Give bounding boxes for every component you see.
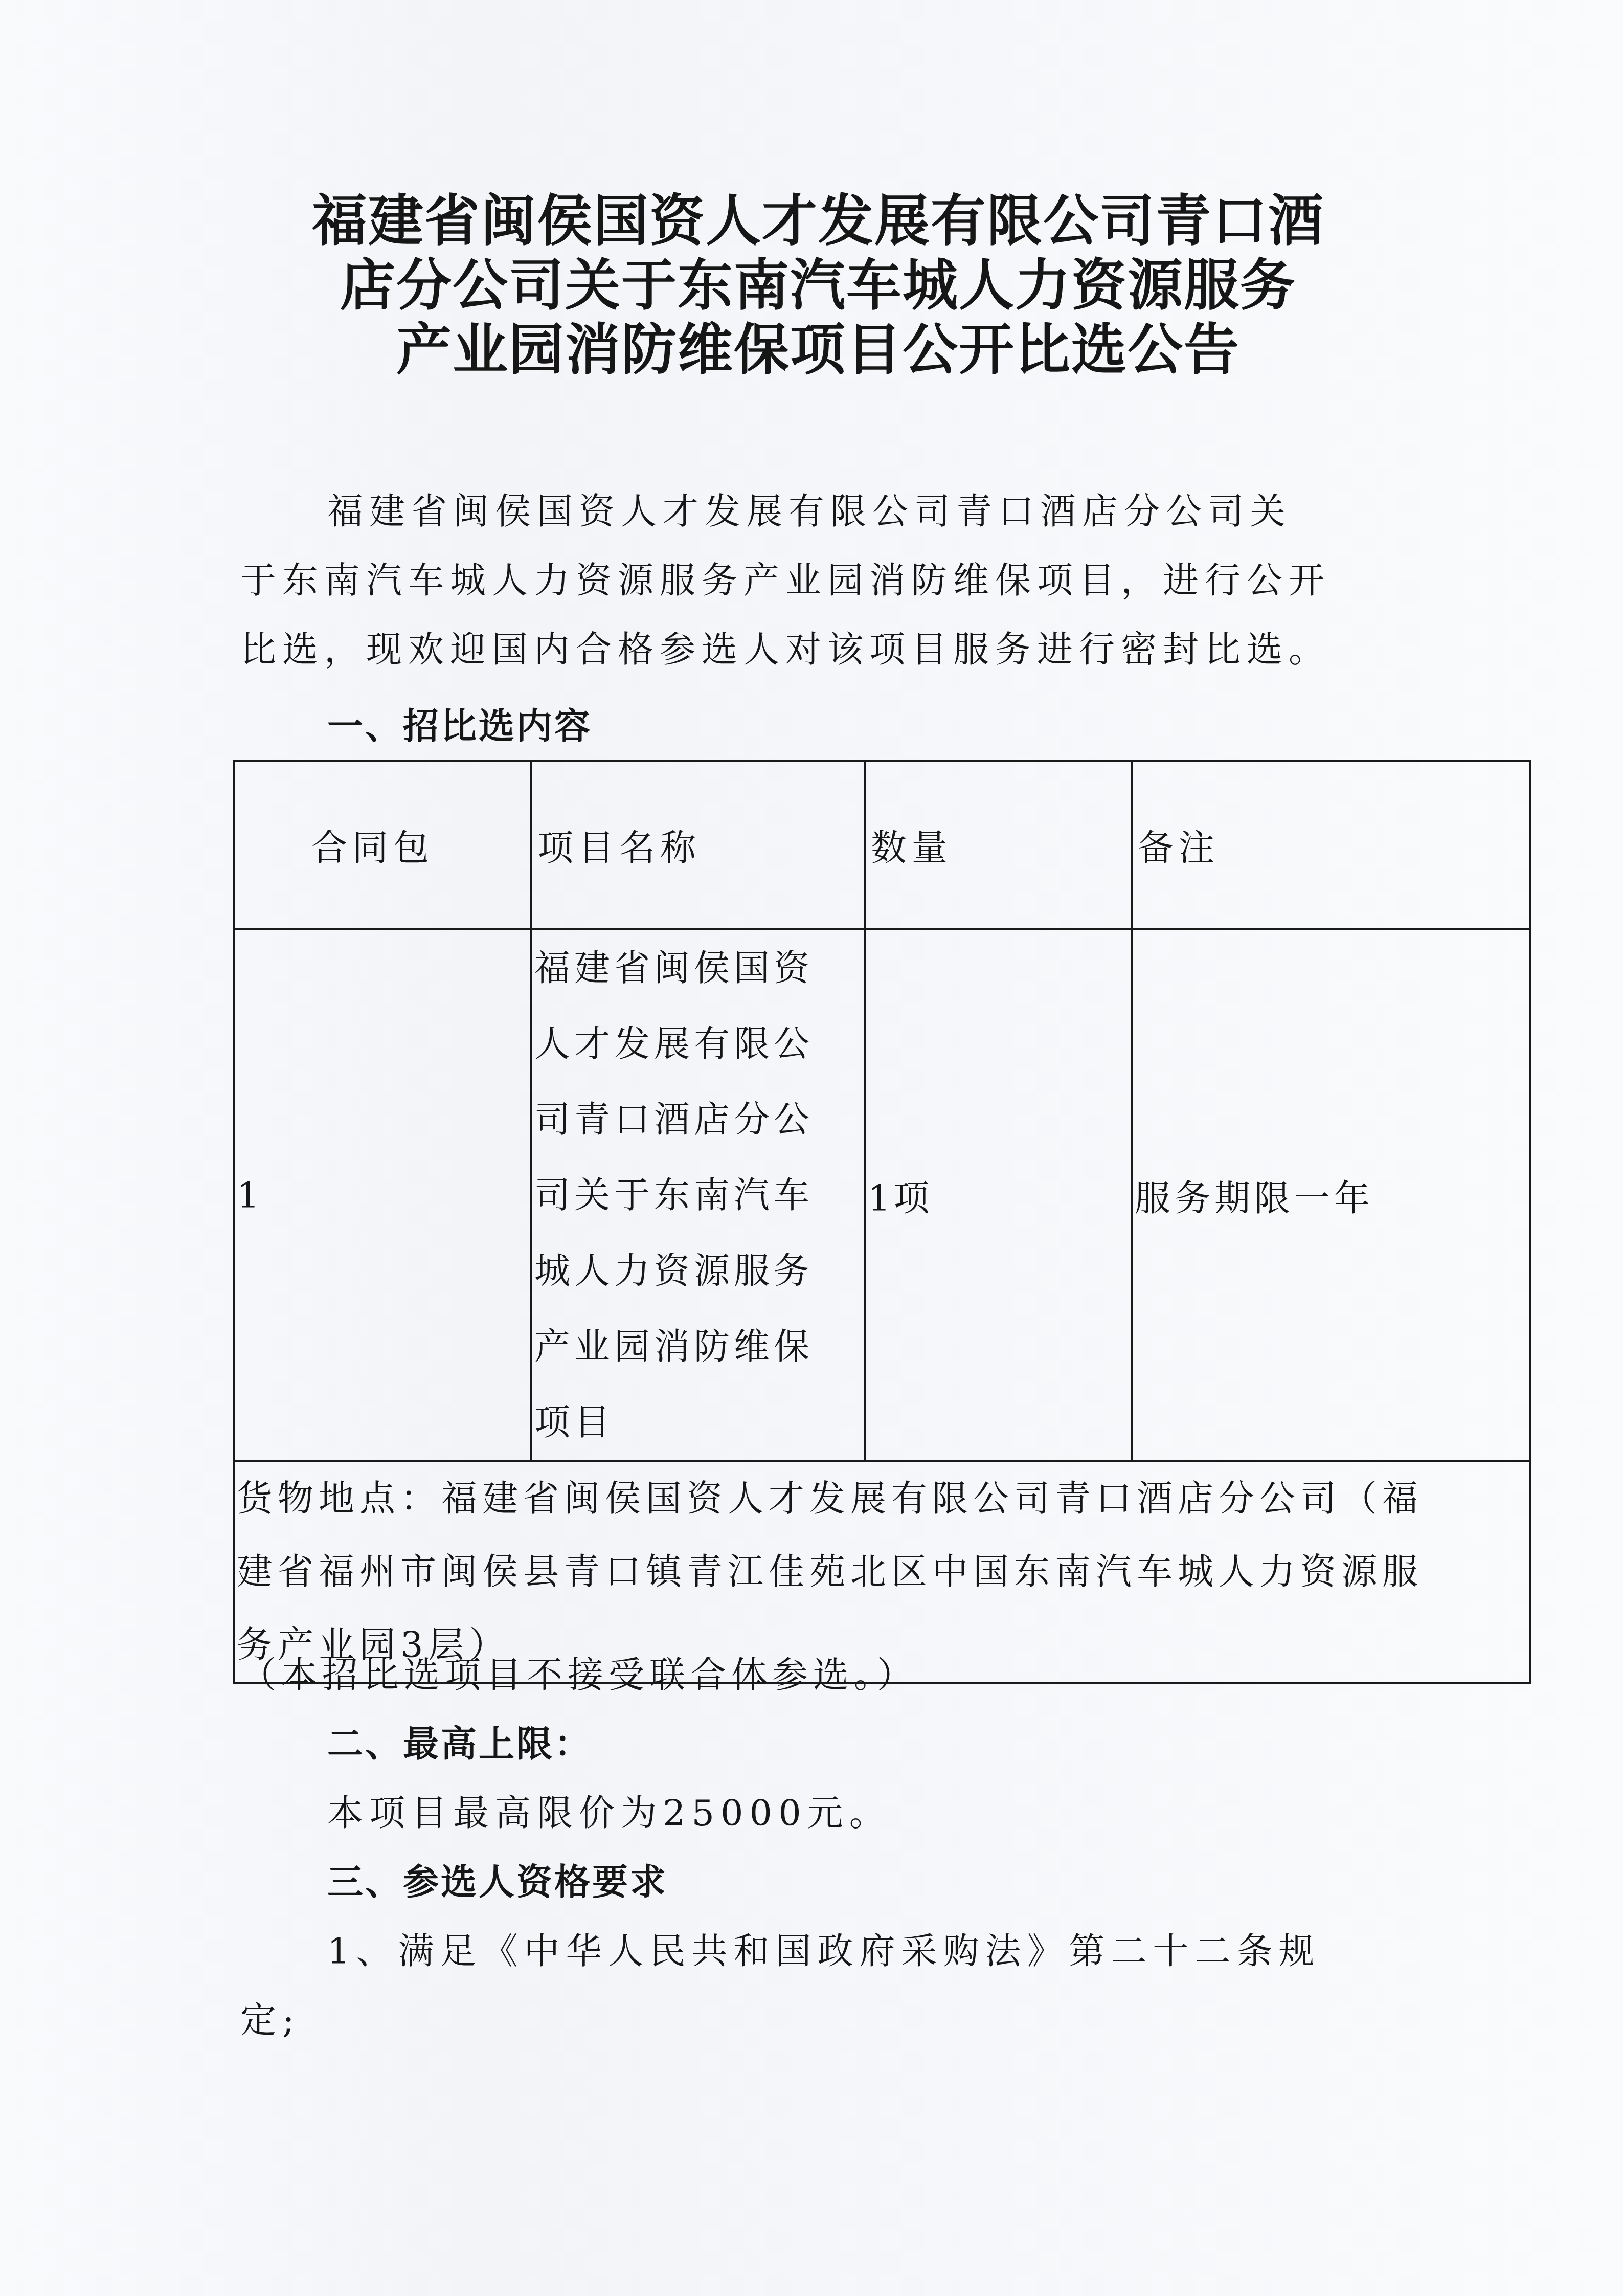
table-header-row: 合同包 项目名称 数量 备注 <box>234 761 1530 929</box>
intro-line-2: 于东南汽车城人力资源服务产业园消防维保项目，进行公开 <box>240 558 1331 604</box>
cell-project-name: 福建省闽侯国资 人才发展有限公 司青口酒店分公 司关于东南汽车 城人力资源服务 … <box>531 929 865 1461</box>
header-remark: 备注 <box>1132 761 1530 929</box>
cell-delivery-location: 货物地点：福建省闽侯国资人才发展有限公司青口酒店分公司（福 建省福州市闽侯县青口… <box>234 1461 1530 1683</box>
intro-line-1: 福建省闽侯国资人才发展有限公司青口酒店分公司关 <box>327 488 1292 534</box>
section-heading-3: 三、参选人资格要求 <box>327 1859 668 1905</box>
name-line: 产业园消防维保 <box>534 1309 862 1385</box>
header-project-name: 项目名称 <box>531 761 865 929</box>
document-title: 福建省闽侯国资人才发展有限公司青口酒 店分公司关于东南汽车城人力资源服务 产业园… <box>240 189 1396 383</box>
name-line: 人才发展有限公 <box>534 1006 862 1082</box>
table-location-row: 货物地点：福建省闽侯国资人才发展有限公司青口酒店分公司（福 建省福州市闽侯县青口… <box>234 1461 1530 1683</box>
document-page: 福建省闽侯国资人才发展有限公司青口酒 店分公司关于东南汽车城人力资源服务 产业园… <box>0 0 1623 2296</box>
cell-package: 1 <box>234 929 531 1461</box>
header-quantity: 数量 <box>865 761 1132 929</box>
name-line: 福建省闽侯国资 <box>534 930 862 1006</box>
bid-content-table: 合同包 项目名称 数量 备注 1 福建省闽侯国资 人才发展有限公 司青口酒店分公… <box>233 760 1531 1684</box>
name-line: 项目 <box>534 1385 862 1460</box>
title-line-1: 福建省闽侯国资人才发展有限公司青口酒 <box>240 189 1396 254</box>
table-row: 1 福建省闽侯国资 人才发展有限公 司青口酒店分公 司关于东南汽车 城人力资源服… <box>234 929 1530 1461</box>
name-line: 司青口酒店分公 <box>534 1082 862 1157</box>
consortium-note: （本招比选项目不接受联合体参选。） <box>240 1652 918 1698</box>
cell-remark: 服务期限一年 <box>1132 929 1530 1461</box>
price-limit-text: 本项目最高限价为25000元。 <box>327 1790 891 1836</box>
title-line-2: 店分公司关于东南汽车城人力资源服务 <box>240 254 1396 318</box>
name-line: 司关于东南汽车 <box>534 1157 862 1233</box>
location-line: 货物地点：福建省闽侯国资人才发展有限公司青口酒店分公司（福 <box>237 1462 1527 1535</box>
section-heading-1: 一、招比选内容 <box>327 703 592 749</box>
cell-quantity: 1项 <box>865 929 1132 1461</box>
location-line: 建省福州市闽侯县青口镇青江佳苑北区中国东南汽车城人力资源服 <box>237 1535 1527 1609</box>
requirement-1-line-1: 1、满足《中华人民共和国政府采购法》第二十二条规 <box>327 1928 1321 1974</box>
intro-line-3: 比选，现欢迎国内合格参选人对该项目服务进行密封比选。 <box>240 627 1331 673</box>
section-heading-2: 二、最高上限： <box>327 1721 592 1767</box>
requirement-1-line-2: 定; <box>240 1997 301 2043</box>
name-line: 城人力资源服务 <box>534 1233 862 1309</box>
header-package: 合同包 <box>234 761 531 929</box>
title-line-3: 产业园消防维保项目公开比选公告 <box>240 318 1396 383</box>
